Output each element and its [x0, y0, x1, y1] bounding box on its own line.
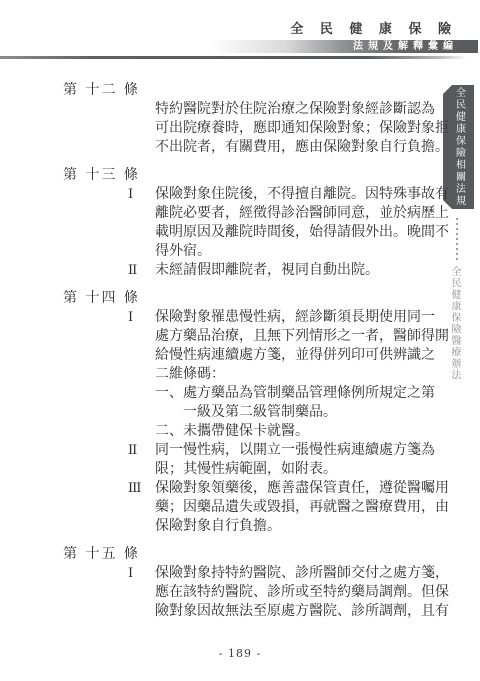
- articles-container: 第 十二 條特約醫院對於住院治療之保險對象經診斷認為可出院療養時，應即通知保險對…: [63, 81, 448, 630]
- text-line: 得外宿。: [155, 242, 449, 261]
- text-line: 一級及第二級管制藥品。: [155, 403, 449, 422]
- paragraph: I保險對象罹患慢性病，經診斷須長期使用同一處方藥品治療，且無下列情形之一者，醫師…: [63, 308, 448, 441]
- text-line: 保險對象自行負擔。: [155, 517, 449, 536]
- paragraph-marker: I: [128, 564, 155, 583]
- paragraph: 特約醫院對於住院治療之保險對象經診斷認為可出院療養時，應即通知保險對象；保險對象…: [63, 100, 448, 157]
- text-line: 未經請假即離院者，視同自動出院。: [155, 261, 379, 280]
- document-page: 全 民 健 康 保 險 法規及解釋彙編 全民健康保險相關法規 全民健康保險醫療辦…: [0, 0, 480, 681]
- paragraph-marker: III: [128, 479, 155, 498]
- paragraph-lines: 保險對象住院後，不得擅自離院。因特殊事故有離院必要者，經徵得診治醫師同意，並於病…: [155, 185, 449, 261]
- dotted-divider: [456, 218, 458, 260]
- text-line: 處方藥品治療，且無下列情形之一者，醫師得開: [155, 327, 449, 346]
- article-number: 第 十四 條: [63, 289, 448, 308]
- paragraph: III保險對象領藥後，應善盡保管責任，遵從醫囑用藥；因藥品遺失或毀損，再就醫之醫…: [63, 479, 448, 536]
- paragraph: I保險對象持特約醫院、診所醫師交付之處方箋，應在該特約醫院、診所或至特約藥局調劑…: [63, 564, 448, 621]
- paragraph-lines: 未經請假即離院者，視同自動出院。: [155, 261, 379, 280]
- paragraph: I保險對象住院後，不得擅自離院。因特殊事故有離院必要者，經徵得診治醫師同意，並於…: [63, 185, 448, 261]
- paragraph: II未經請假即離院者，視同自動出院。: [63, 261, 448, 280]
- paragraph-marker: I: [128, 185, 155, 204]
- text-line: 特約醫院對於住院治療之保險對象經診斷認為: [155, 100, 449, 119]
- article: 第 十四 條I保險對象罹患慢性病，經診斷須長期使用同一處方藥品治療，且無下列情形…: [63, 289, 448, 536]
- article: 第 十五 條I保險對象持特約醫院、診所醫師交付之處方箋，應在該特約醫院、診所或至…: [63, 545, 448, 621]
- section-label: 全民健康保險醫療辦法: [449, 266, 459, 381]
- paragraph-marker: II: [128, 261, 155, 280]
- paragraph-lines: 特約醫院對於住院治療之保險對象經診斷認為可出院療養時，應即通知保險對象；保險對象…: [155, 100, 449, 157]
- text-line: 險對象因故無法至原處方醫院、診所調劑，且有: [155, 602, 449, 621]
- text-line: 二維條碼：: [155, 365, 449, 384]
- text-line: 給慢性病連續處方箋，並得併列印可供辨識之: [155, 346, 449, 365]
- header-rule: [0, 56, 467, 59]
- paragraph-marker: II: [128, 441, 155, 460]
- paragraph-lines: 同一慢性病，以開立一張慢性病連續處方箋為限；其慢性病範圍，如附表。: [155, 441, 435, 479]
- text-line: 保險對象持特約醫院、診所醫師交付之處方箋，: [155, 564, 449, 583]
- text-line: 同一慢性病，以開立一張慢性病連續處方箋為: [155, 441, 435, 460]
- paragraph-lines: 保險對象持特約醫院、診所醫師交付之處方箋，應在該特約醫院、診所或至特約藥局調劑。…: [155, 564, 449, 621]
- text-line: 保險對象罹患慢性病，經診斷須長期使用同一: [155, 308, 449, 327]
- text-line: 應在該特約醫院、診所或至特約藥局調劑。但保: [155, 583, 449, 602]
- paragraph-lines: 保險對象領藥後，應善盡保管責任，遵從醫囑用藥；因藥品遺失或毀損，再就醫之醫療費用…: [155, 479, 449, 536]
- paragraph-marker: I: [128, 308, 155, 327]
- article-number: 第 十三 條: [63, 166, 448, 185]
- article-number: 第 十五 條: [63, 545, 448, 564]
- text-line: 載明原因及離院時間後，始得請假外出。晚間不: [155, 223, 449, 242]
- page-number: - 189 -: [0, 647, 480, 660]
- book-subtitle: 法規及解釋彙編: [353, 40, 478, 53]
- text-line: 二、未攜帶健保卡就醫。: [155, 422, 449, 441]
- text-line: 一、處方藥品為管制藥品管理條例所規定之第: [155, 384, 449, 403]
- text-line: 藥；因藥品遺失或毀損，再就醫之醫療費用，由: [155, 498, 449, 517]
- text-line: 保險對象住院後，不得擅自離院。因特殊事故有: [155, 185, 449, 204]
- paragraph: II同一慢性病，以開立一張慢性病連續處方箋為限；其慢性病範圍，如附表。: [63, 441, 448, 479]
- article: 第 十三 條I保險對象住院後，不得擅自離院。因特殊事故有離院必要者，經徵得診治醫…: [63, 166, 448, 280]
- text-line: 保險對象領藥後，應善盡保管責任，遵從醫囑用: [155, 479, 449, 498]
- header-gradient-bar: 法規及解釋彙編: [210, 40, 478, 53]
- chapter-tab-label: 全民健康保險相關法規: [454, 87, 464, 207]
- text-line: 離院必要者，經徵得診治醫師同意，並於病歷上: [155, 204, 449, 223]
- text-line: 限；其慢性病範圍，如附表。: [155, 460, 435, 479]
- text-line: 不出院者，有關費用，應由保險對象自行負擔。: [155, 138, 449, 157]
- paragraph-lines: 保險對象罹患慢性病，經診斷須長期使用同一處方藥品治療，且無下列情形之一者，醫師得…: [155, 308, 449, 441]
- text-line: 可出院療養時，應即通知保險對象；保險對象拒: [155, 119, 449, 138]
- article: 第 十二 條特約醫院對於住院治療之保險對象經診斷認為可出院療養時，應即通知保險對…: [63, 81, 448, 157]
- article-number: 第 十二 條: [63, 81, 448, 100]
- book-title: 全 民 健 康 保 險: [290, 18, 457, 37]
